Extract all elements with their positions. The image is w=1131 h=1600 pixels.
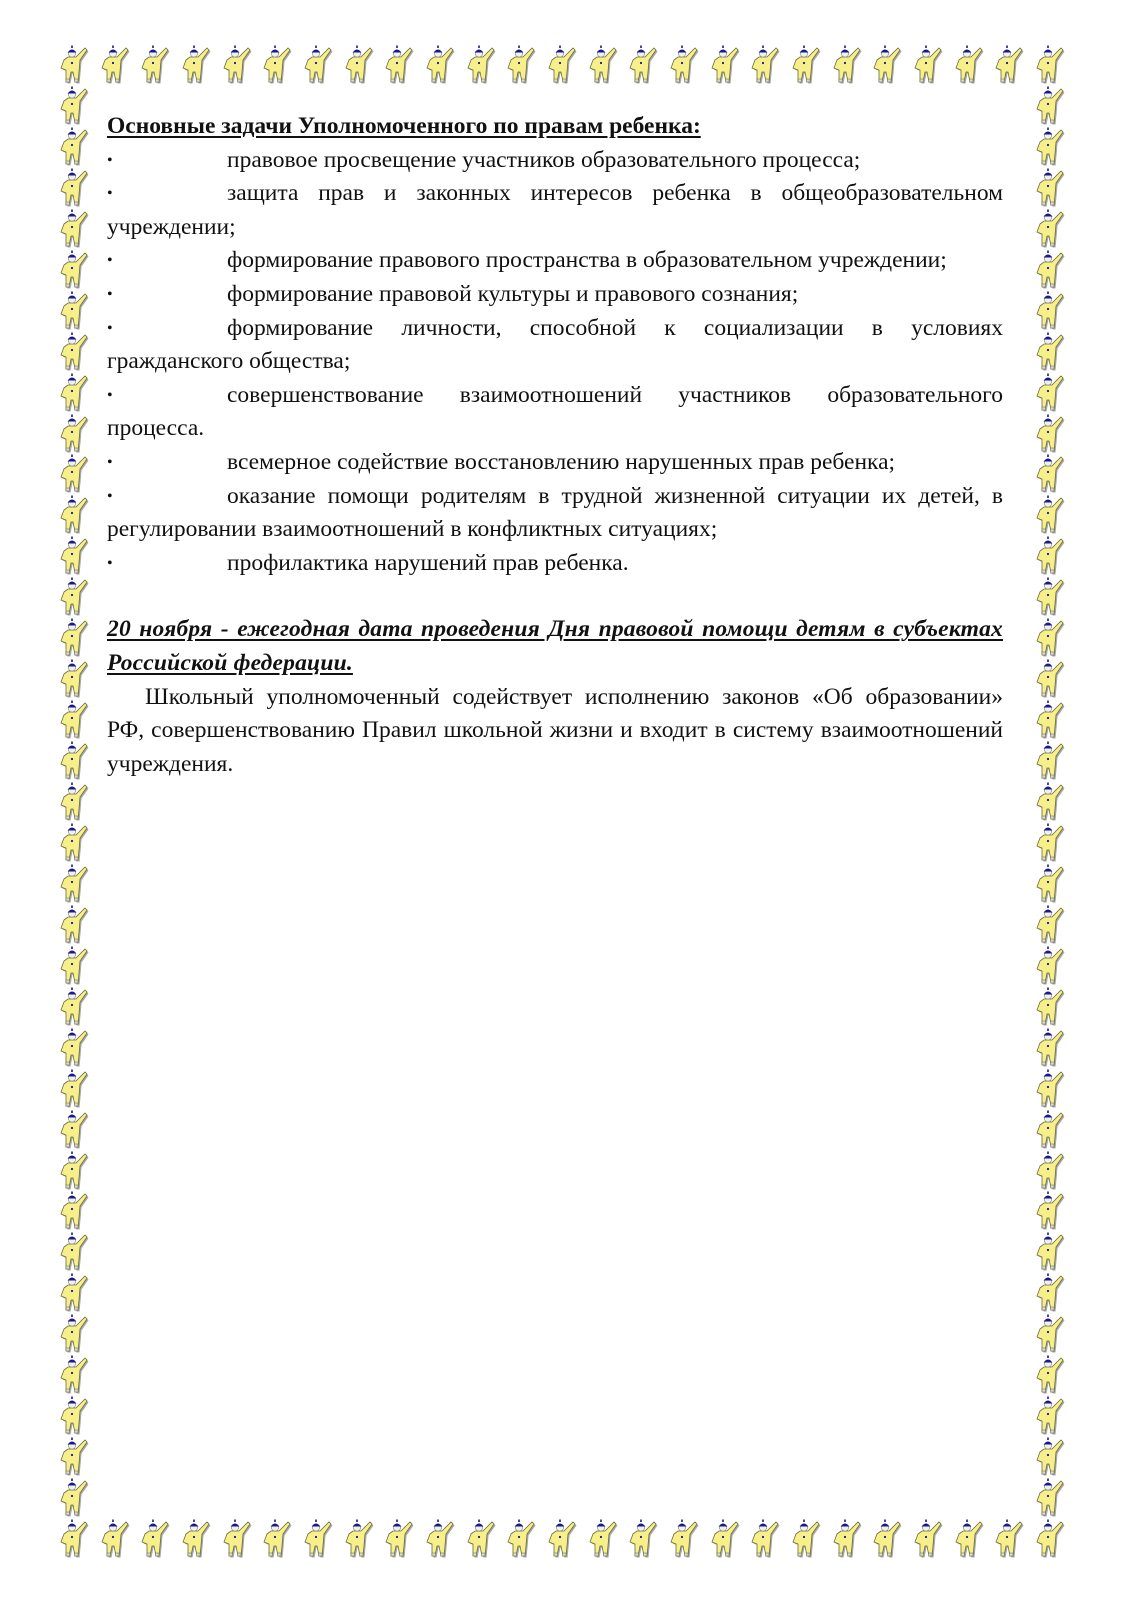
waving-child-figure-icon	[1037, 783, 1065, 821]
list-item: •защита прав и законных интересов ребенк…	[107, 177, 1003, 244]
tasks-list: •правовое просвещение участников образов…	[107, 144, 1003, 581]
waving-child-figure-icon	[61, 46, 89, 84]
bullet-icon: •	[107, 244, 227, 278]
waving-child-figure-icon	[834, 1520, 862, 1558]
waving-child-figure-icon	[224, 46, 252, 84]
waving-child-figure-icon	[61, 1274, 89, 1312]
list-item: •формирование правового пространства в о…	[107, 244, 1003, 278]
waving-child-figure-icon	[752, 46, 780, 84]
waving-child-figure-icon	[61, 1192, 89, 1230]
waving-child-figure-icon	[1037, 1520, 1065, 1558]
waving-child-figure-icon	[996, 1520, 1024, 1558]
waving-child-figure-icon	[1037, 947, 1065, 985]
list-item: •формирование личности, способной к соци…	[107, 312, 1003, 379]
waving-child-figure-icon	[793, 46, 821, 84]
waving-child-figure-icon	[61, 1397, 89, 1435]
list-item: •оказание помощи родителям в трудной жиз…	[107, 480, 1003, 547]
waving-child-figure-icon	[61, 210, 89, 248]
waving-child-figure-icon	[630, 1520, 658, 1558]
waving-child-figure-icon	[1037, 660, 1065, 698]
waving-child-figure-icon	[468, 1520, 496, 1558]
waving-child-figure-icon	[1037, 1152, 1065, 1190]
waving-child-figure-icon	[1037, 1274, 1065, 1312]
waving-child-figure-icon	[1037, 1070, 1065, 1108]
waving-child-figure-icon	[61, 374, 89, 412]
waving-child-figure-icon	[1037, 333, 1065, 371]
bullet-icon: •	[107, 446, 227, 480]
waving-child-figure-icon	[956, 1520, 984, 1558]
waving-child-figure-icon	[1037, 1356, 1065, 1394]
waving-child-figure-icon	[1037, 1111, 1065, 1149]
waving-child-figure-icon	[264, 1520, 292, 1558]
bullet-icon: •	[107, 144, 227, 178]
waving-child-figure-icon	[1037, 537, 1065, 575]
waving-child-figure-icon	[1037, 374, 1065, 412]
waving-child-figure-icon	[142, 46, 170, 84]
waving-child-figure-icon	[61, 742, 89, 780]
waving-child-figure-icon	[671, 1520, 699, 1558]
waving-child-figure-icon	[915, 46, 943, 84]
waving-child-figure-icon	[61, 128, 89, 166]
waving-child-figure-icon	[1037, 988, 1065, 1026]
waving-child-figure-icon	[346, 1520, 374, 1558]
waving-child-figure-icon	[1037, 169, 1065, 207]
bullet-icon: •	[107, 547, 227, 581]
waving-child-figure-icon	[102, 1520, 130, 1558]
waving-child-figure-icon	[61, 537, 89, 575]
waving-child-figure-icon	[1037, 1315, 1065, 1353]
bullet-icon: •	[107, 312, 227, 346]
list-item: •профилактика нарушений прав ребенка.	[107, 547, 1003, 581]
waving-child-figure-icon	[183, 1520, 211, 1558]
legal-aid-day-title: 20 ноября - ежегодная дата проведения Дн…	[107, 613, 1003, 680]
waving-child-figure-icon	[61, 87, 89, 125]
waving-child-figure-icon	[1037, 128, 1065, 166]
waving-child-figure-icon	[61, 1111, 89, 1149]
waving-child-figure-icon	[61, 455, 89, 493]
waving-child-figure-icon	[61, 619, 89, 657]
waving-child-figure-icon	[956, 46, 984, 84]
bullet-icon: •	[107, 278, 227, 312]
waving-child-figure-icon	[61, 865, 89, 903]
waving-child-figure-icon	[61, 169, 89, 207]
waving-child-figure-icon	[1037, 1438, 1065, 1476]
waving-child-figure-icon	[1037, 292, 1065, 330]
tasks-heading: Основные задачи Уполномоченного по права…	[107, 110, 1003, 144]
list-item: •правовое просвещение участников образов…	[107, 144, 1003, 178]
waving-child-figure-icon	[874, 1520, 902, 1558]
waving-child-figure-icon	[61, 1029, 89, 1067]
waving-child-figure-icon	[1037, 619, 1065, 657]
waving-child-figure-icon	[61, 1356, 89, 1394]
waving-child-figure-icon	[427, 1520, 455, 1558]
waving-child-figure-icon	[1037, 906, 1065, 944]
waving-child-figure-icon	[61, 1233, 89, 1271]
waving-child-figure-icon	[874, 46, 902, 84]
waving-child-figure-icon	[61, 496, 89, 534]
bullet-icon: •	[107, 379, 227, 413]
waving-child-figure-icon	[915, 1520, 943, 1558]
waving-child-figure-icon	[61, 1152, 89, 1190]
waving-child-figure-icon	[1037, 496, 1065, 534]
waving-child-figure-icon	[1037, 1479, 1065, 1517]
waving-child-figure-icon	[61, 1520, 89, 1558]
waving-child-figure-icon	[61, 824, 89, 862]
waving-child-figure-icon	[1037, 865, 1065, 903]
waving-child-figure-icon	[61, 333, 89, 371]
waving-child-figure-icon	[996, 46, 1024, 84]
waving-child-figure-icon	[61, 906, 89, 944]
waving-child-figure-icon	[224, 1520, 252, 1558]
bullet-icon: •	[107, 177, 227, 211]
waving-child-figure-icon	[590, 1520, 618, 1558]
waving-child-figure-icon	[61, 1438, 89, 1476]
waving-child-figure-icon	[61, 1070, 89, 1108]
waving-child-figure-icon	[549, 46, 577, 84]
waving-child-figure-icon	[671, 46, 699, 84]
waving-child-figure-icon	[386, 46, 414, 84]
waving-child-figure-icon	[508, 1520, 536, 1558]
waving-child-figure-icon	[1037, 1233, 1065, 1271]
waving-child-figure-icon	[61, 660, 89, 698]
waving-child-figure-icon	[1037, 578, 1065, 616]
waving-child-figure-icon	[61, 1315, 89, 1353]
waving-child-figure-icon	[1037, 87, 1065, 125]
waving-child-figure-icon	[1037, 251, 1065, 289]
waving-child-figure-icon	[264, 46, 292, 84]
waving-child-figure-icon	[61, 947, 89, 985]
waving-child-figure-icon	[712, 1520, 740, 1558]
waving-child-figure-icon	[427, 46, 455, 84]
waving-child-figure-icon	[346, 46, 374, 84]
waving-child-figure-icon	[305, 46, 333, 84]
waving-child-figure-icon	[61, 292, 89, 330]
document-body: Основные задачи Уполномоченного по права…	[107, 110, 1003, 781]
waving-child-figure-icon	[61, 1479, 89, 1517]
waving-child-figure-icon	[1037, 455, 1065, 493]
waving-child-figure-icon	[1037, 1029, 1065, 1067]
waving-child-figure-icon	[61, 988, 89, 1026]
list-item: •формирование правовой культуры и правов…	[107, 278, 1003, 312]
waving-child-figure-icon	[61, 783, 89, 821]
waving-child-figure-icon	[1037, 824, 1065, 862]
waving-child-figure-icon	[1037, 1397, 1065, 1435]
waving-child-figure-icon	[752, 1520, 780, 1558]
waving-child-figure-icon	[834, 46, 862, 84]
waving-child-figure-icon	[1037, 415, 1065, 453]
list-item: •совершенствование взаимоотношений участ…	[107, 379, 1003, 446]
waving-child-figure-icon	[590, 46, 618, 84]
ombudsman-paragraph: Школьный уполномоченный содействует испо…	[107, 681, 1003, 782]
waving-child-figure-icon	[712, 46, 740, 84]
list-item: •всемерное содействие восстановлению нар…	[107, 446, 1003, 480]
waving-child-figure-icon	[305, 1520, 333, 1558]
waving-child-figure-icon	[61, 578, 89, 616]
waving-child-figure-icon	[142, 1520, 170, 1558]
waving-child-figure-icon	[468, 46, 496, 84]
waving-child-figure-icon	[1037, 742, 1065, 780]
waving-child-figure-icon	[183, 46, 211, 84]
waving-child-figure-icon	[61, 701, 89, 739]
waving-child-figure-icon	[1037, 46, 1065, 84]
waving-child-figure-icon	[61, 415, 89, 453]
waving-child-figure-icon	[508, 46, 536, 84]
waving-child-figure-icon	[1037, 210, 1065, 248]
bullet-icon: •	[107, 480, 227, 514]
waving-child-figure-icon	[549, 1520, 577, 1558]
waving-child-figure-icon	[1037, 1192, 1065, 1230]
waving-child-figure-icon	[1037, 701, 1065, 739]
waving-child-figure-icon	[793, 1520, 821, 1558]
waving-child-figure-icon	[61, 251, 89, 289]
waving-child-figure-icon	[386, 1520, 414, 1558]
waving-child-figure-icon	[102, 46, 130, 84]
waving-child-figure-icon	[630, 46, 658, 84]
